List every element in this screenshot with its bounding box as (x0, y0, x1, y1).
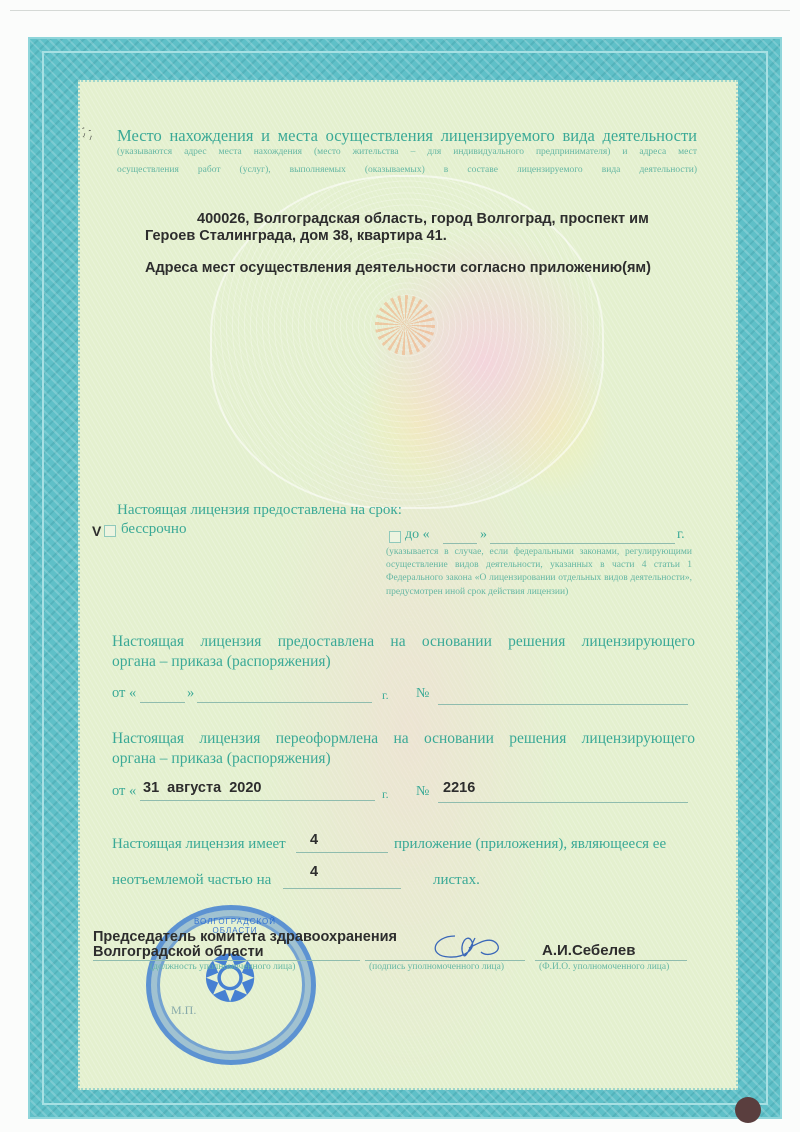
basis-number-label: № (416, 686, 429, 702)
basis-heading-line1: Настоящая лицензия предоставлена на осно… (112, 633, 695, 651)
signatory-name: А.И.Себелев (542, 942, 635, 959)
reissue-heading-line1: Настоящая лицензия переоформлена на осно… (112, 730, 695, 748)
name-caption: (Ф.И.О. уполномоченного лица) (539, 962, 669, 972)
appendix-line2-prefix: неотъемлемой частью на (112, 872, 271, 889)
term-unlimited-label: бессрочно (121, 521, 186, 538)
appendix-count: 4 (310, 832, 318, 848)
reissue-number-value: 2216 (443, 780, 475, 796)
term-until-prefix: до « (405, 527, 430, 543)
basis-number-line (438, 704, 688, 705)
location-note-line2: осуществления работ (услуг), выполняемых… (117, 165, 697, 175)
appendix-line2-suffix: листах. (433, 872, 480, 889)
signature-caption: (подпись уполномоченного лица) (369, 962, 504, 972)
term-unlimited-checkbox[interactable] (104, 525, 116, 537)
appendix-sheets: 4 (310, 864, 318, 880)
basis-from-prefix: от « (112, 685, 136, 702)
punch-hole (735, 1097, 761, 1123)
appendix-count-line (296, 852, 388, 853)
term-until-suffix: г. (677, 527, 685, 543)
address-line2: Героев Сталинграда, дом 38, квартира 41. (145, 228, 447, 244)
appendix-line1-prefix: Настоящая лицензия имеет (112, 836, 286, 853)
term-note: (указывается в случае, если федеральными… (386, 546, 692, 599)
signatory-position-line1: Председатель комитета здравоохранения (93, 929, 397, 945)
reissue-number-label: № (416, 784, 429, 800)
reissue-date-line (140, 800, 375, 801)
basis-year-suffix: г. (382, 688, 389, 703)
reissue-year-suffix: г. (382, 787, 389, 802)
basis-date-line (197, 702, 372, 703)
term-until-date-line (490, 543, 675, 544)
location-heading: Место нахождения и места осуществления л… (117, 126, 697, 146)
handwritten-signature (425, 930, 515, 962)
basis-day-line (140, 702, 185, 703)
reissue-number-line (438, 802, 688, 803)
reissue-from-prefix: от « (112, 783, 136, 800)
rosette-center (375, 295, 435, 355)
basis-heading-line2: органа – приказа (распоряжения) (112, 653, 331, 671)
term-until-day-line (443, 543, 477, 544)
scan-edge-line (10, 10, 790, 11)
reissue-heading-line2: органа – приказа (распоряжения) (112, 750, 331, 768)
address-line1: 400026, Волгоградская область, город Вол… (197, 211, 649, 227)
signature-line (365, 960, 525, 961)
position-line (93, 960, 360, 961)
term-heading: Настоящая лицензия предоставлена на срок… (117, 502, 402, 519)
location-note-line1: (указываются адрес места нахождения (мес… (117, 147, 697, 157)
name-line (535, 960, 687, 961)
address-appendix: Адреса мест осуществления деятельности с… (145, 260, 651, 276)
reissue-date-value: 31 августа 2020 (143, 780, 261, 796)
appendix-sheets-line (283, 888, 401, 889)
stamp-initials: М.П. (171, 1003, 196, 1018)
basis-from-mid: » (187, 685, 194, 702)
appendix-line1-suffix: приложение (приложения), являющееся ее (394, 836, 666, 853)
position-caption: (должность уполномоченного лица) (150, 962, 295, 972)
term-check-mark: V (92, 523, 101, 539)
signatory-position-line2: Волгоградской области (93, 944, 264, 960)
term-until-checkbox[interactable] (389, 531, 401, 543)
term-until-mid: » (480, 527, 487, 543)
